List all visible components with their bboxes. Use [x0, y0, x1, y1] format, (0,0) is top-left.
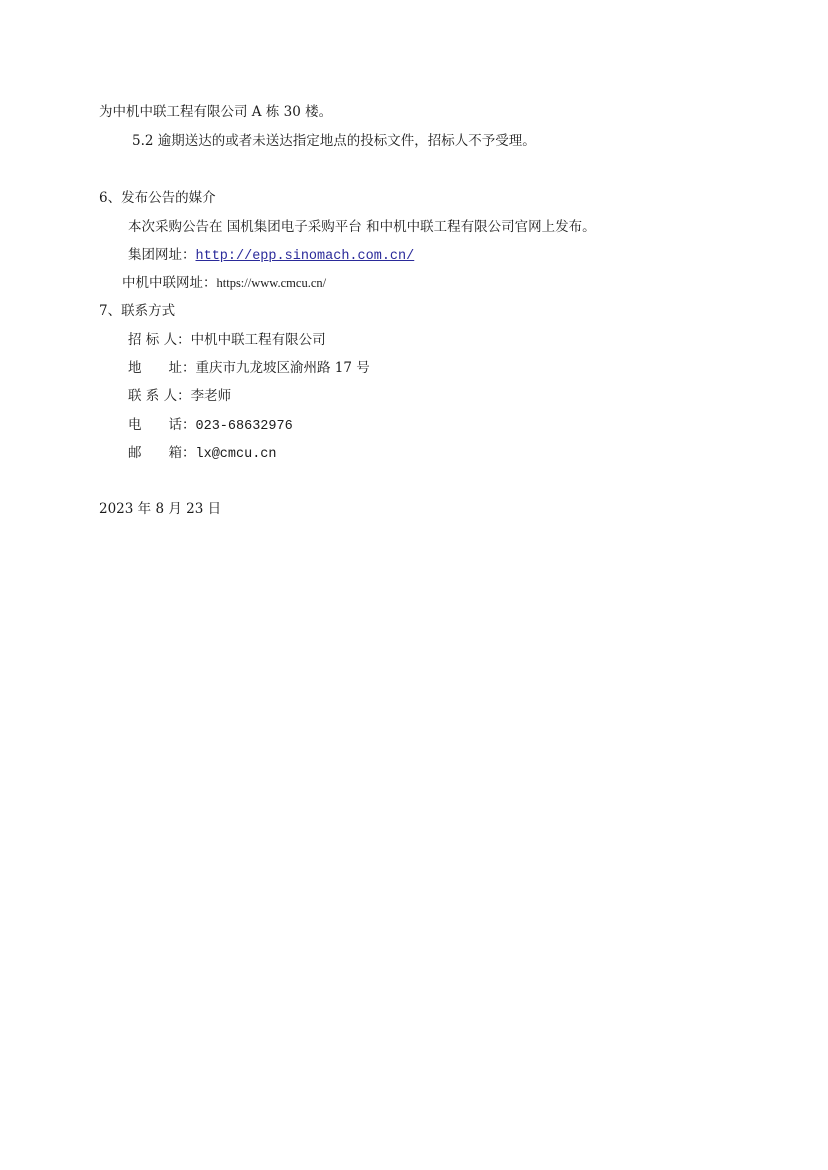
contact-row-address: 地 址：重庆市九龙坡区渝州路 17 号 — [128, 359, 370, 377]
contact-label: 邮 箱： — [128, 445, 196, 461]
section-6-text: 本次采购公告在 国机集团电子采购平台 和中机中联工程有限公司官网上发布。 — [128, 218, 596, 236]
group-website-row: 集团网址：http://epp.sinomach.com.cn/ — [128, 246, 414, 266]
document-date: 2023 年 8 月 23 日 — [99, 500, 221, 518]
contact-label: 地 址： — [128, 360, 196, 376]
contact-value: 重庆市九龙坡区渝州路 17 号 — [196, 360, 370, 376]
contact-row-email: 邮 箱：lx@cmcu.cn — [128, 444, 277, 464]
cmcu-website-label: 中机中联网址： — [122, 275, 217, 291]
section-6-heading: 6、发布公告的媒介 — [99, 189, 216, 207]
paragraph-late-submission: 5.2 逾期送达的或者未送达指定地点的投标文件，招标人不予受理。 — [132, 132, 536, 150]
paragraph-location: 为中机中联工程有限公司 A 栋 30 楼。 — [99, 103, 332, 121]
group-website-label: 集团网址： — [128, 247, 196, 263]
contact-value: 李老师 — [191, 388, 232, 404]
cmcu-website-url: https://www.cmcu.cn/ — [217, 276, 327, 290]
contact-value: 023-68632976 — [196, 419, 293, 434]
contact-row-phone: 电 话：023-68632976 — [128, 416, 293, 436]
contact-value: 中机中联工程有限公司 — [191, 332, 326, 348]
contact-row-person: 联 系 人：李老师 — [128, 387, 231, 405]
contact-label: 联 系 人： — [128, 388, 191, 404]
contact-label: 电 话： — [128, 417, 196, 433]
group-website-link[interactable]: http://epp.sinomach.com.cn/ — [196, 249, 415, 264]
section-7-heading: 7、联系方式 — [99, 302, 175, 320]
contact-label: 招 标 人： — [128, 332, 191, 348]
contact-row-tenderer: 招 标 人：中机中联工程有限公司 — [128, 331, 326, 349]
contact-value: lx@cmcu.cn — [196, 447, 277, 462]
cmcu-website-row: 中机中联网址：https://www.cmcu.cn/ — [122, 274, 326, 292]
